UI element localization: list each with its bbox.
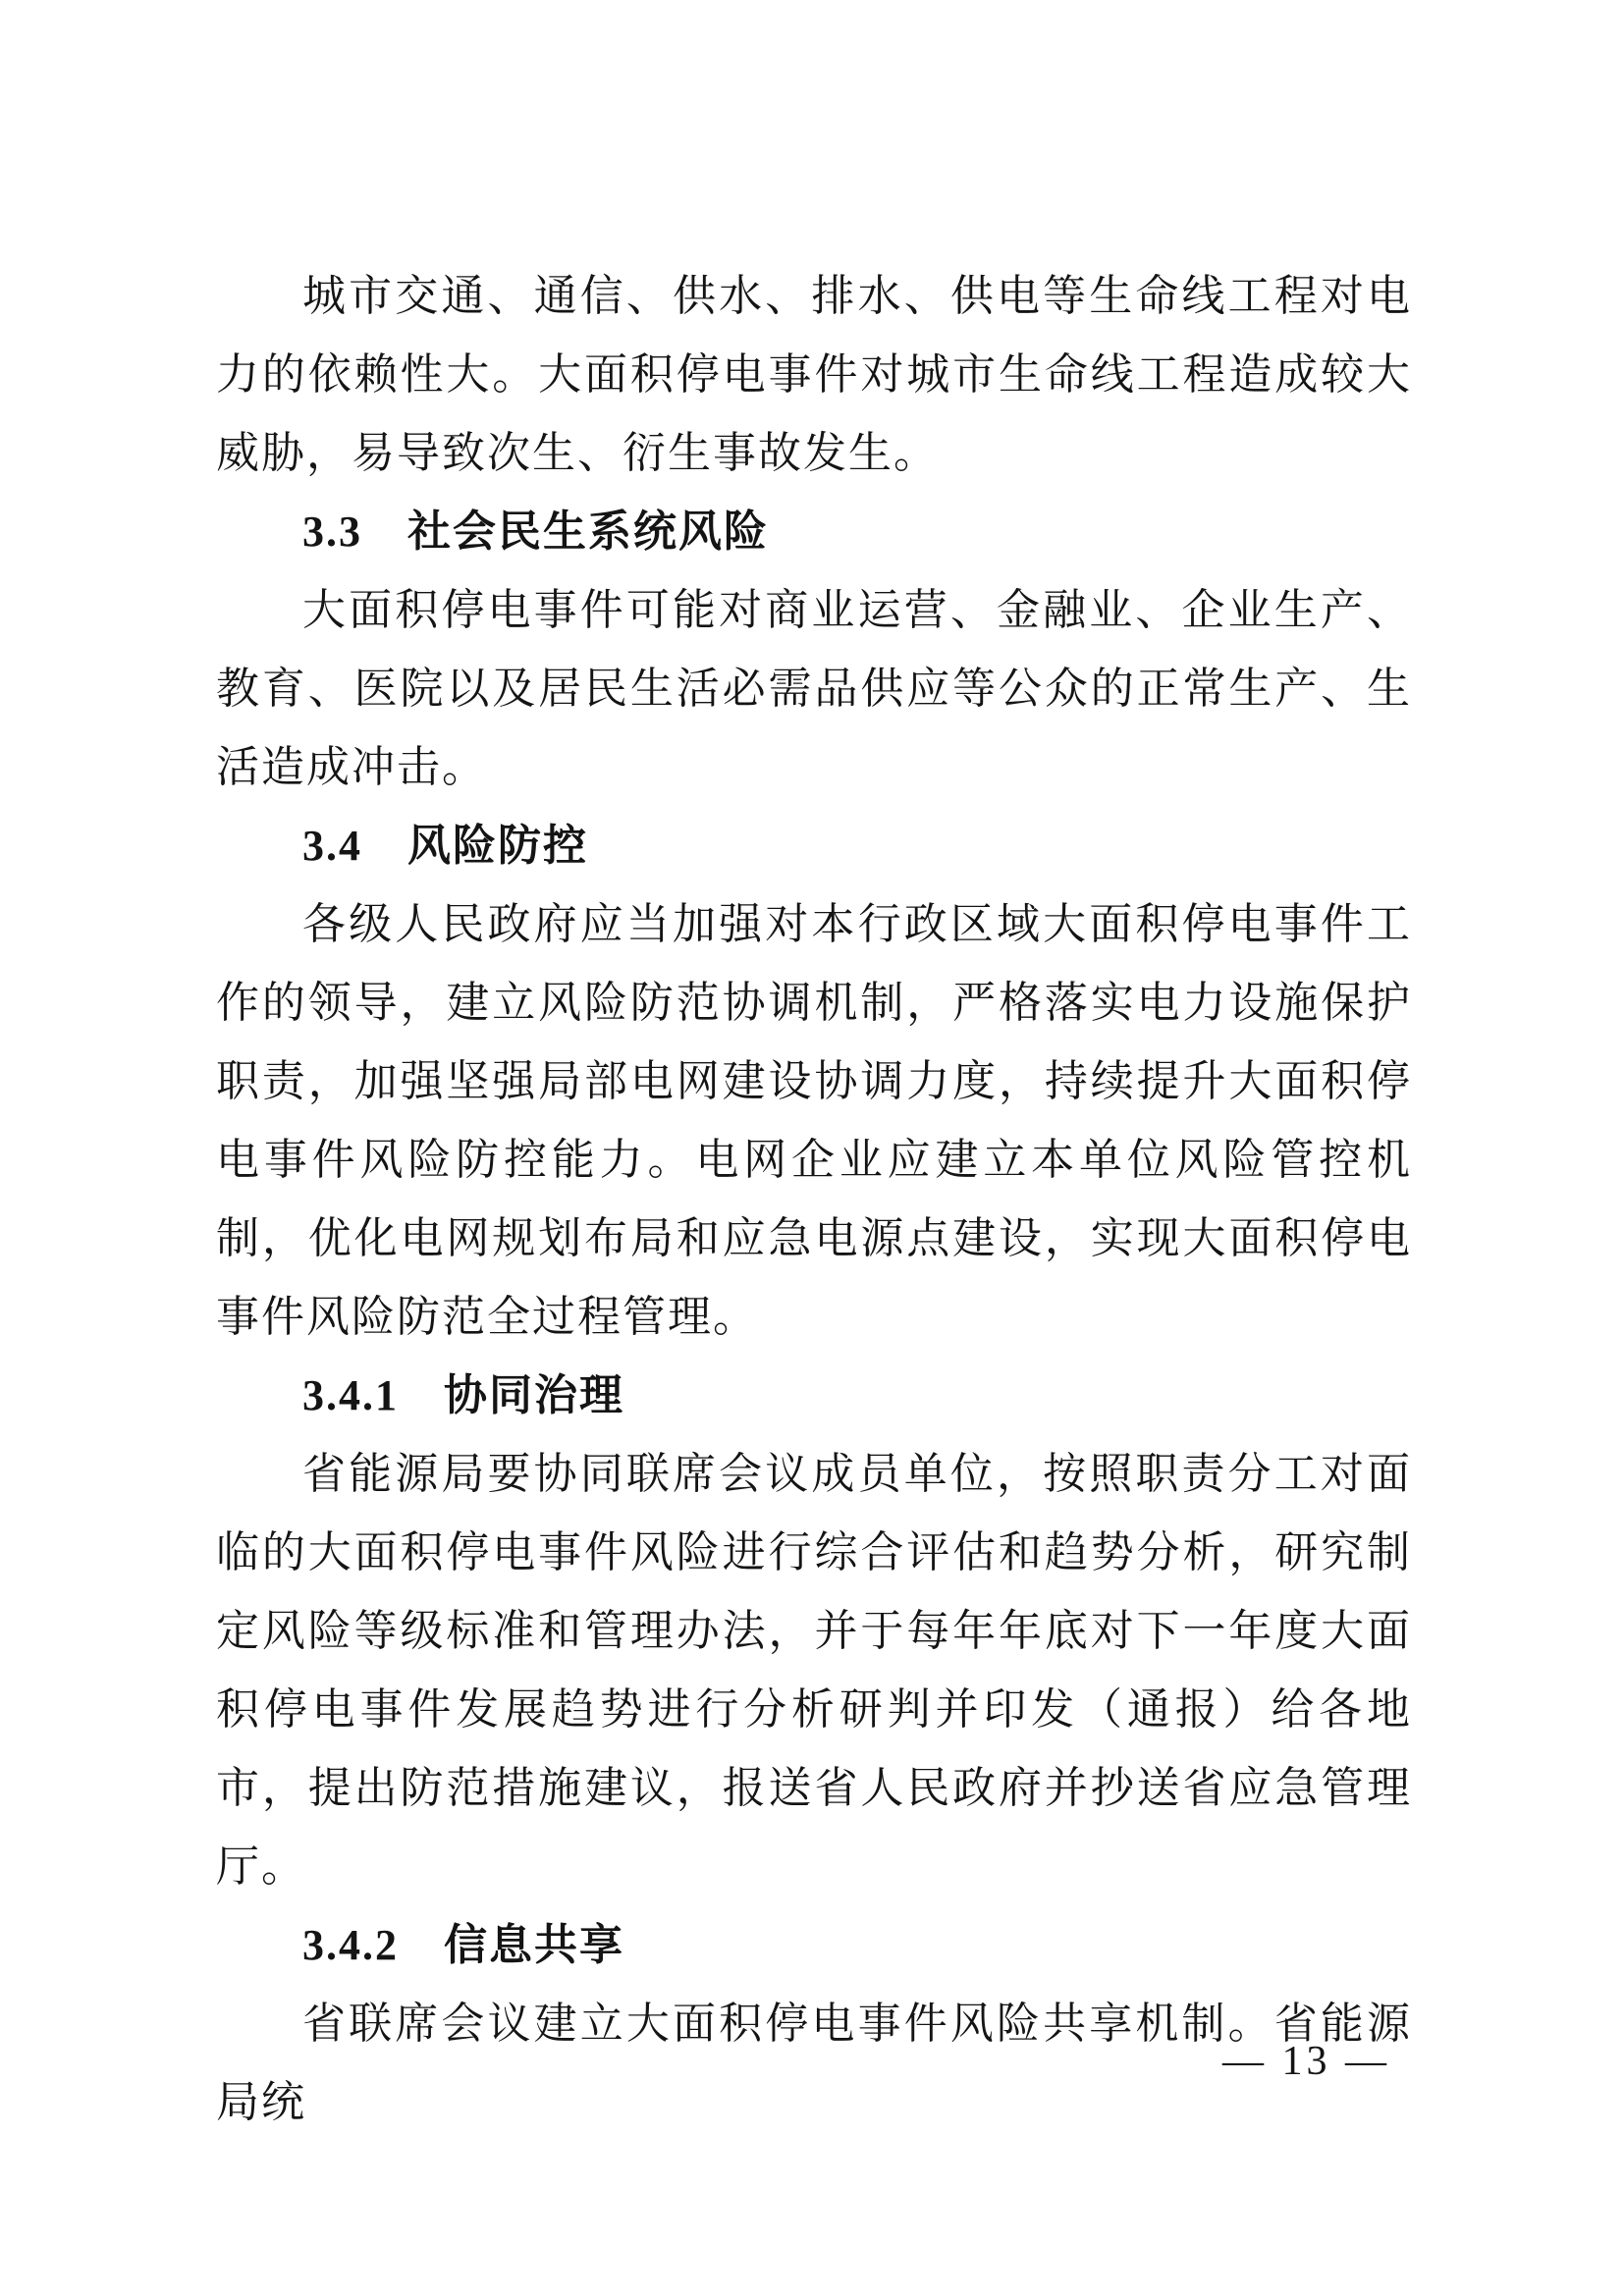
paragraph-energy-bureau-assessment: 省能源局要协同联席会议成员单位，按照职责分工对面临的大面积停电事件风险进行综合评…	[216, 1435, 1412, 1906]
heading-3-3-social-livelihood-risk: 3.3 社会民生系统风险	[216, 493, 1412, 571]
heading-3-4-1-collaborative-governance: 3.4.1 协同治理	[216, 1357, 1412, 1435]
page-number: — 13 —	[1222, 2034, 1390, 2089]
heading-3-4-2-information-sharing: 3.4.2 信息共享	[216, 1906, 1412, 1985]
paragraph-lifeline-dependency: 城市交通、通信、供水、排水、供电等生命线工程对电力的依赖性大。大面积停电事件对城…	[216, 257, 1412, 493]
paragraph-government-risk-control: 各级人民政府应当加强对本行政区域大面积停电事件工作的领导，建立风险防范协调机制，…	[216, 885, 1412, 1357]
document-body: 城市交通、通信、供水、排水、供电等生命线工程对电力的依赖性大。大面积停电事件对城…	[216, 257, 1412, 2142]
paragraph-social-impact: 大面积停电事件可能对商业运营、金融业、企业生产、教育、医院以及居民生活必需品供应…	[216, 571, 1412, 807]
heading-3-4-risk-prevention: 3.4 风险防控	[216, 807, 1412, 885]
document-page: 城市交通、通信、供水、排水、供电等生命线工程对电力的依赖性大。大面积停电事件对城…	[0, 0, 1624, 2296]
